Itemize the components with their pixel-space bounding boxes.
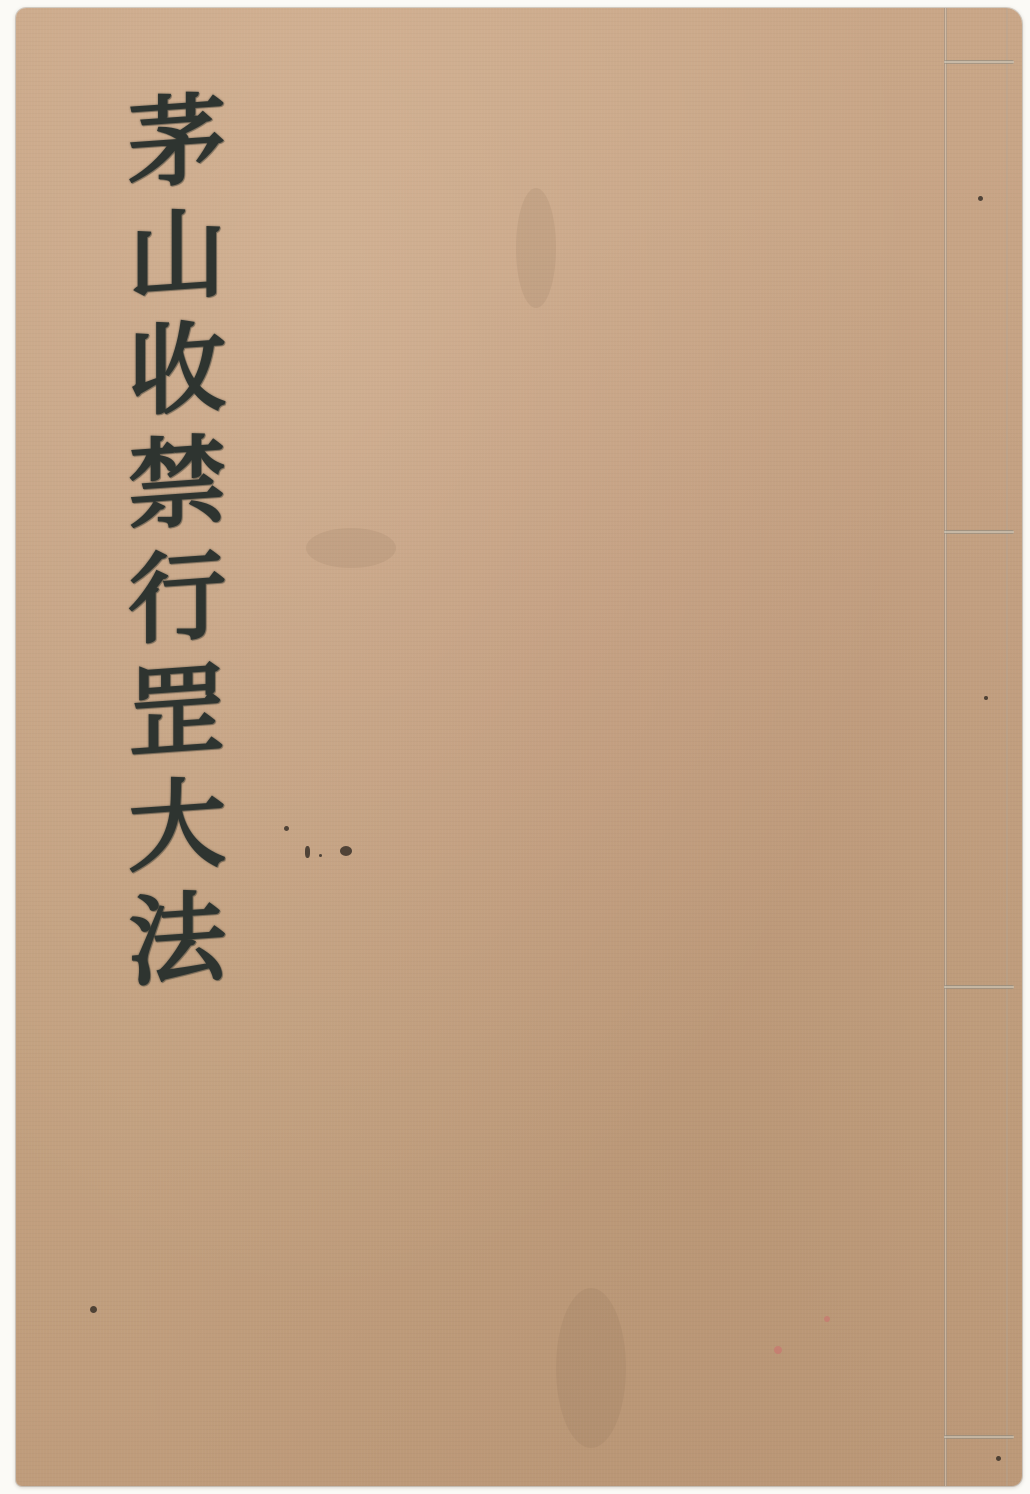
binding-stitch <box>944 1435 1014 1439</box>
title-char: 罡 <box>128 653 226 774</box>
red-speck <box>824 1316 830 1322</box>
binding-stitch <box>944 60 1014 64</box>
title-char: 禁 <box>128 425 226 546</box>
scan-page: 茅 山 收 禁 行 罡 大 法 <box>0 0 1030 1494</box>
ink-speck <box>340 846 352 856</box>
title-char: 大 <box>128 767 226 888</box>
ink-speck <box>284 826 289 831</box>
ink-speck <box>996 1456 1001 1461</box>
ink-speck <box>319 854 322 857</box>
book-cover: 茅 山 收 禁 行 罡 大 法 <box>16 8 1022 1486</box>
cover-title: 茅 山 收 禁 行 罡 大 法 <box>112 86 242 998</box>
title-char: 法 <box>128 881 226 1002</box>
ink-speck <box>984 696 988 700</box>
stain-mark <box>306 528 396 568</box>
binding-stitch <box>944 530 1014 534</box>
stain-mark <box>556 1288 626 1448</box>
title-char: 收 <box>128 311 226 432</box>
ink-speck <box>305 846 310 858</box>
binding-stitch <box>944 985 1014 989</box>
stain-mark <box>516 188 556 308</box>
ink-speck <box>978 196 983 201</box>
title-char: 山 <box>128 197 226 318</box>
binding-edge-line <box>1006 8 1008 1486</box>
ink-speck <box>90 1306 97 1313</box>
binding-fold-line <box>944 8 947 1486</box>
red-speck <box>774 1346 782 1354</box>
title-char: 茅 <box>128 83 226 204</box>
title-char: 行 <box>128 539 226 660</box>
